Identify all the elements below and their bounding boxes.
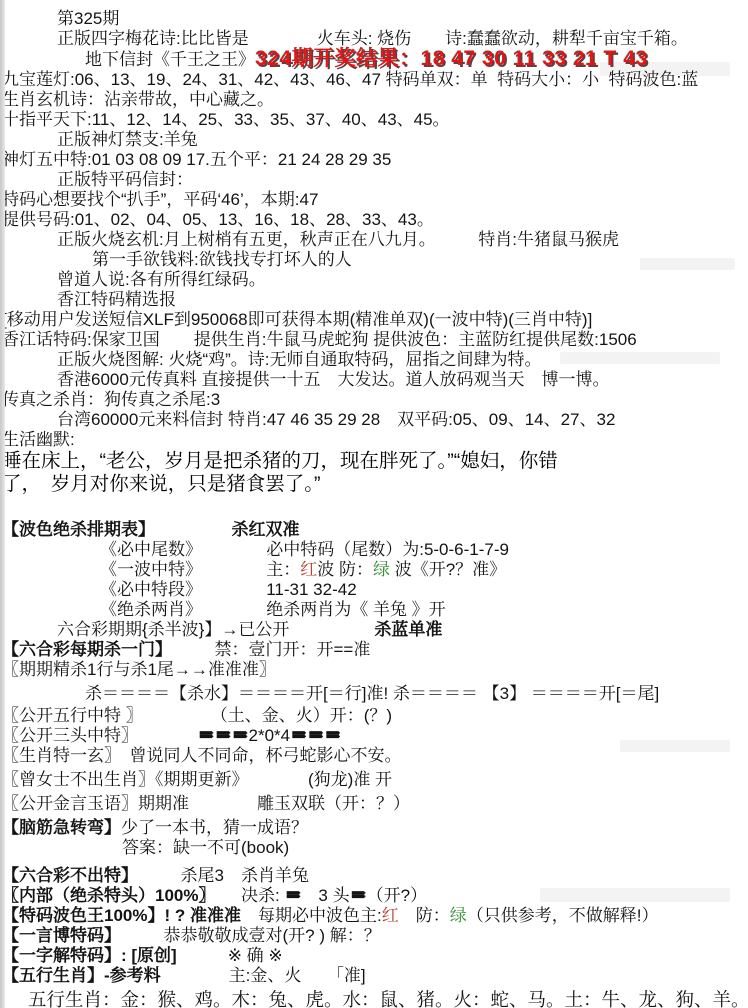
text-segment: 〖公开五行中特 〗 — [2, 706, 134, 725]
brain-teaser-answer-line: 答案：缺一不可(book) — [122, 838, 748, 858]
text-segment: 〖生肖特一玄〗 — [2, 746, 113, 765]
one-word-solve-line: 【一字解特码】: [原创] ※ 确 ※ — [2, 946, 748, 966]
text-segment: 波《开?？准》 — [390, 560, 506, 579]
text-segment: 绝杀两肖为《 羊兔 》开 — [194, 600, 446, 619]
text-segment: (狗龙)准 开 — [240, 770, 392, 789]
text-segment: 正版四字梅花诗:比比皆是 火车头: 烧伤 诗:蠢蠢欲动，耕犁千亩宝千箱。 — [57, 29, 688, 48]
text-segment: ＝＝＝ — [198, 726, 249, 745]
text-segment: 提供号码:01、02、04、05、13、16、18、28、33、43。 — [2, 210, 434, 229]
lamp-five-special-line: 神灯五中特:01 03 08 09 17.五个平：21 24 28 29 35 — [2, 150, 748, 170]
text-segment: 香江话特码:保家卫国 提供生肖:牛鼠马虎蛇狗 提供波色：主蓝防红提供尾数:150… — [2, 330, 637, 349]
plum-poem-line: 正版四字梅花诗:比比皆是 火车头: 烧伤 诗:蠢蠢欲动，耕犁千亩宝千箱。 — [57, 29, 748, 49]
text-segment: 绿 — [373, 560, 390, 579]
three-heads-line: 〖公开三头中特〗 ＝＝＝2*0*4＝＝＝ — [2, 726, 748, 746]
text-segment: 六合彩期期{杀半波}】→已公开 — [57, 620, 289, 639]
kill-water-line: 杀＝＝＝＝【杀水】＝＝＝＝开[＝行]准! 杀＝＝＝＝ 【3】 ＝＝＝＝开[＝尾] — [85, 684, 748, 704]
humor-title-line: 生活幽默: — [2, 430, 748, 450]
draw-result-text: 324期开奖结果：18 47 30 11 33 21 T 43 — [255, 47, 648, 70]
provided-numbers-line: 提供号码:01、02、04、05、13、16、18、28、33、43。 — [2, 210, 748, 230]
special-range-row: 《必中特段》 11-31 32-42 — [100, 580, 748, 600]
special-code-hint-line: 特码心想要找个“扒手”，平码‘46’，本期:47 — [2, 190, 748, 210]
text-segment: ＝＝＝ — [290, 726, 341, 745]
text-segment: 恭恭敬敬成壹对(开? ) 解：？ — [113, 926, 381, 945]
text-segment: 波 防： — [317, 560, 373, 579]
must-hit-tails-row: 《必中尾数》 必中特码（尾数）为:5-0-6-1-7-9 — [100, 540, 748, 560]
special-envelope-title-line: 正版特平码信封： — [57, 170, 748, 190]
five-element-zodiac-line: 五行生肖：金：猴、鸡。木：兔、虎。水：鼠、猪。火：蛇、马。土：牛、龙、狗、羊。 — [28, 988, 748, 1008]
text-segment: 地下信封《千王之王》 — [85, 50, 255, 69]
fire-mystery-line: 正版火烧玄机:月上树梢有五更，秋声正在八九月。 特肖:牛猪鼠马猴虎 — [57, 230, 748, 250]
text-segment: 《绝杀两肖》 — [100, 600, 194, 619]
text-segment: 曾说同人不同命，杯弓蛇影心不安。 — [113, 746, 402, 765]
issue-number: 第325期 — [57, 9, 748, 29]
text-segment: 生肖玄机诗：沾亲带故，中心藏之。 — [2, 90, 274, 109]
text-segment: 【脑筋急转弯】 — [2, 818, 121, 837]
half-wave-line: 六合彩期期{杀半波}】→已公开 杀蓝单准 — [57, 620, 748, 640]
text-segment: 台湾60000元来料信封 特肖:47 46 35 29 28 双平码:05、09… — [57, 410, 615, 429]
text-segment: 传真之杀肖：狗传真之杀尾:3 — [2, 390, 220, 409]
text-segment: 〖内部（绝杀特头）100%〗 — [2, 886, 207, 905]
text-segment — [130, 726, 198, 745]
nine-lotus-line: 九宝莲灯:06、13、19、24、31、42、43、46、47 特码单双：单 特… — [2, 70, 748, 90]
lottery-tip-sheet: 第325期正版四字梅花诗:比比皆是 火车头: 烧伤 诗:蠢蠢欲动，耕犁千亩宝千箱… — [0, 0, 748, 1008]
humor-line-2: 了， 岁月对你来说，只是猪食罢了。” — [2, 473, 748, 496]
text-segment: 〖期期精杀1行与杀1尾→→准准准〗 — [2, 660, 276, 679]
wave-color-king-line: 【特码波色王100%】! ? 准准准 每期必中波色主:红 防：绿（只供参考，不做… — [2, 906, 748, 926]
golden-words-line: 〖公开金言玉语〗期期准 雕玉双联（开：？） — [2, 794, 748, 814]
text-segment: 第一手欲钱料:欲钱找专打坏人的人 — [92, 250, 352, 269]
text-segment: 神灯五中特:01 03 08 09 17.五个平：21 24 28 29 35 — [2, 150, 391, 169]
text-segment: 杀＝＝＝＝【杀水】＝＝＝＝开[＝行]准! 杀＝＝＝＝ 【3】 ＝＝＝＝开[＝尾] — [85, 684, 659, 703]
ten-fingers-line: 十指平天下:11、12、14、25、33、35、37、40、43、45。 — [2, 110, 748, 130]
text-segment: 杀尾3 杀肖羊兔 — [130, 866, 309, 885]
text-segment: 〖公开三头中特〗 — [2, 726, 130, 745]
text-segment — [289, 620, 374, 639]
text-segment: 3 头 — [301, 886, 349, 905]
text-segment: 11-31 32-42 — [194, 580, 357, 599]
text-segment: ＝ — [350, 886, 367, 905]
text-segment: 特码心想要找个“扒手”，平码‘46’，本期:47 — [2, 190, 318, 209]
text-segment: 绿 — [450, 906, 467, 925]
text-segment: [移动用户发送短信XLF到950068即可获得本期(精准单双)(一波中特)(三肖… — [2, 310, 592, 329]
text-segment: 【一言博特码】 — [2, 926, 113, 945]
text-segment: 〖公开金言玉语〗期期准 — [2, 794, 189, 813]
text-segment: 【六合彩每期杀一门】 — [2, 640, 164, 659]
humor-line-1: 睡在床上，“老公，岁月是把杀猪的刀，现在胖死了。”“媳妇，你错 — [2, 450, 748, 473]
text-segment: 少了一本书，猜一成语？ — [121, 818, 308, 837]
text-segment: ＝ — [284, 886, 301, 905]
text-segment: 必中特码（尾数）为:5-0-6-1-7-9 — [194, 540, 509, 559]
text-segment: 2*0*4 — [249, 726, 291, 745]
text-segment: 答案：缺一不可(book) — [122, 838, 289, 857]
text-segment: 决杀: — [207, 886, 284, 905]
zengdaoren-line: 曾道人说:各有所得红绿码。 — [57, 270, 748, 290]
text-segment: 正版神灯禁支:羊兔 — [57, 130, 198, 149]
text-segment: 睡在床上，“老公，岁月是把杀猪的刀，现在胖死了。”“媳妇，你错 — [2, 450, 558, 472]
money-tip-line: 第一手欲钱料:欲钱找专打坏人的人 — [92, 250, 748, 270]
five-elements-line: 〖公开五行中特 〗 （土、金、火）开：(？) — [2, 706, 748, 726]
text-segment: 香港6000元传真料 直接提供一十五 大发达。道人放码观当天 博一博。 — [57, 370, 610, 389]
one-word-bet-line: 【一言博特码】 恭恭敬敬成壹对(开? ) 解：？ — [2, 926, 748, 946]
text-segment: 第325期 — [57, 9, 119, 28]
text-segment: 【特码波色王100%】! ? 准准准 — [2, 906, 241, 925]
text-segment: 曾道人说:各有所得红绿码。 — [57, 270, 266, 289]
precise-kill-line: 〖期期精杀1行与杀1尾→→准准准〗 — [2, 660, 748, 680]
zodiac-poem-line: 生肖玄机诗：沾亲带故，中心藏之。 — [2, 90, 748, 110]
text-segment: 防： — [399, 906, 450, 925]
text-segment: 《必中特段》 — [100, 580, 194, 599]
text-segment: 香江特码精选报 — [57, 290, 176, 309]
sms-notice-line: [移动用户发送短信XLF到950068即可获得本期(精准单双)(一波中特)(三肖… — [2, 310, 748, 330]
fire-diagram-line: 正版火烧图解: 火烧“鸡”。诗:无师自通取特码，屈指之间肆为特。 — [57, 350, 748, 370]
text-segment: 〖曾女士不出生肖〗《期期更新》 — [2, 770, 240, 789]
text-segment: 每期必中波色主: — [241, 906, 382, 925]
fax-kill-line: 传真之杀肖：狗传真之杀尾:3 — [2, 390, 748, 410]
one-wave-row: 《一波中特》 主：红波 防：绿 波《开?？准》 — [100, 560, 748, 580]
text-segment: 【波色绝杀排期表】 — [2, 520, 147, 539]
text-segment: ※ 确 ※ — [177, 946, 283, 965]
lamp-ban-line: 正版神灯禁支:羊兔 — [57, 130, 748, 150]
text-segment: 正版特平码信封： — [57, 170, 193, 189]
text-segment: 杀红双准 — [232, 520, 300, 539]
text-segment: 主:金、火 「准] — [161, 966, 366, 985]
text-segment — [147, 520, 232, 539]
text-segment: （只供参考，不做解释!） — [467, 906, 659, 925]
text-segment: 主： — [194, 560, 301, 579]
xiangjiang-title-line: 香江特码精选报 — [57, 290, 748, 310]
kill-one-gate-line: 【六合彩每期杀一门】 禁：壹门开：开==准 — [2, 640, 748, 660]
no-special-line: 【六合彩不出特】 杀尾3 杀肖羊兔 — [2, 866, 748, 886]
text-segment: 雕玉双联（开：？） — [189, 794, 410, 813]
text-segment: 【一字解特码】: [原创] — [2, 946, 177, 965]
text-segment: 红 — [300, 560, 317, 579]
wave-kill-table-title-line: 【波色绝杀排期表】 杀红双准 — [2, 520, 748, 540]
text-segment: 正版火烧玄机:月上树梢有五更，秋声正在八九月。 特肖:牛猪鼠马猴虎 — [57, 230, 619, 249]
text-segment: 红 — [382, 906, 399, 925]
xiangjiang-detail-line: 香江话特码:保家卫国 提供生肖:牛鼠马虎蛇狗 提供波色：主蓝防红提供尾数:150… — [2, 330, 748, 350]
text-segment: 九宝莲灯:06、13、19、24、31、42、43、46、47 特码单双：单 特… — [2, 70, 698, 89]
text-segment: 《必中尾数》 — [100, 540, 194, 559]
five-element-ref-line: 【五行生肖】-参考料 主:金、火 「准] — [2, 966, 748, 986]
madam-zeng-line: 〖曾女士不出生肖〗《期期更新》 (狗龙)准 开 — [2, 770, 748, 790]
text-segment: （土、金、火）开：(？) — [134, 706, 392, 725]
text-segment: 了， 岁月对你来说，只是猪食罢了。” — [2, 473, 321, 495]
text-segment: 生活幽默: — [2, 430, 75, 449]
zodiac-mystery-line: 〖生肖特一玄〗 曾说同人不同命，杯弓蛇影心不安。 — [2, 746, 748, 766]
kill-two-zodiac-row: 《绝杀两肖》 绝杀两肖为《 羊兔 》开 — [100, 600, 748, 620]
text-segment: 《一波中特》 — [100, 560, 194, 579]
text-segment: 正版火烧图解: 火烧“鸡”。诗:无师自通取特码，屈指之间肆为特。 — [57, 350, 542, 369]
text-segment: 【六合彩不出特】 — [2, 866, 130, 885]
internal-kill-head-line: 〖内部（绝杀特头）100%〗 决杀: ＝ 3 头＝（开?） — [2, 886, 748, 906]
text-segment: 五行生肖：金：猴、鸡。木：兔、虎。水：鼠、猪。火：蛇、马。土：牛、龙、狗、羊。 — [28, 989, 748, 1008]
text-segment: 杀蓝单准 — [374, 620, 442, 639]
text-segment: （开?） — [367, 886, 427, 905]
text-segment: 【五行生肖】-参考料 — [2, 966, 161, 985]
hk-fax-line: 香港6000元传真料 直接提供一十五 大发达。道人放码观当天 博一博。 — [57, 370, 748, 390]
text-segment: 禁：壹门开：开==准 — [164, 640, 371, 659]
envelope-and-result-line: 地下信封《千王之王》324期开奖结果：18 47 30 11 33 21 T 4… — [85, 49, 748, 70]
brain-teaser-line: 【脑筋急转弯】少了一本书，猜一成语？ — [2, 818, 748, 838]
taiwan-material-line: 台湾60000元来料信封 特肖:47 46 35 29 28 双平码:05、09… — [57, 410, 748, 430]
text-segment: 十指平天下:11、12、14、25、33、35、37、40、43、45。 — [2, 110, 450, 129]
